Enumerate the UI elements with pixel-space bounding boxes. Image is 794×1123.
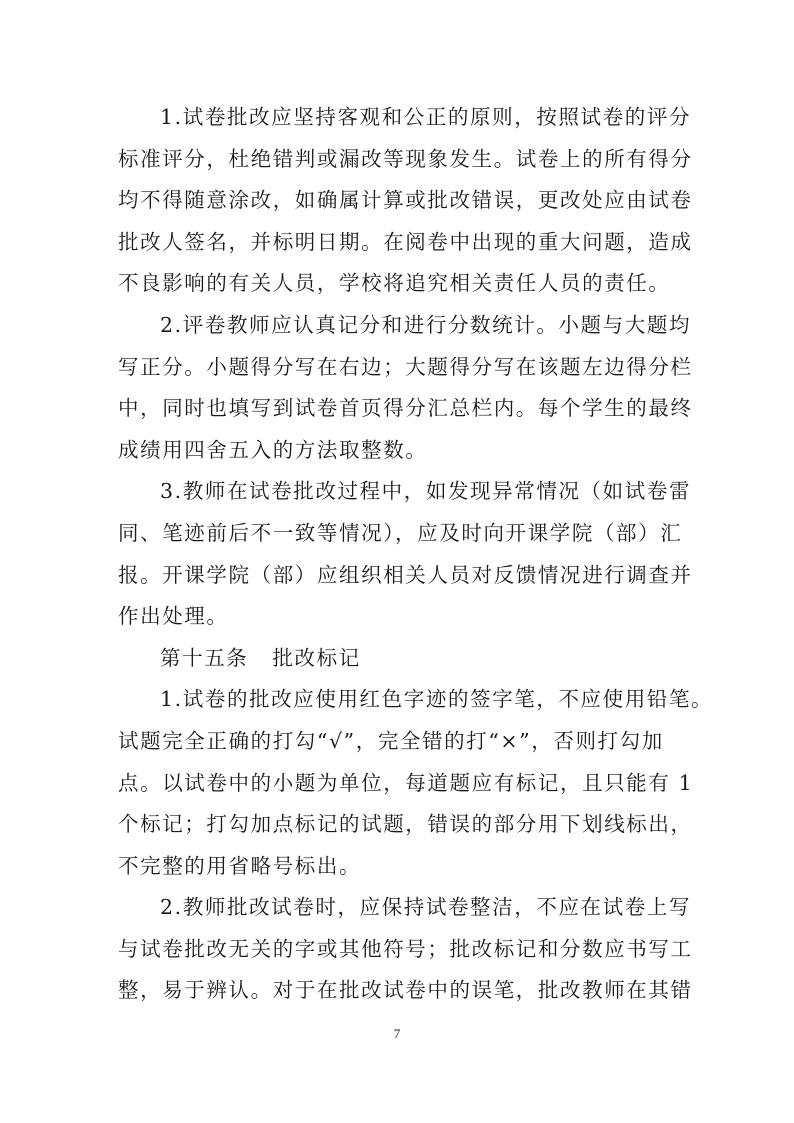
paragraph-line: 3.教师在试卷批改过程中，如发现异常情况（如试卷雷: [118, 471, 684, 513]
paragraph-line: 写正分。小题得分写在右边；大题得分写在该题左边得分栏: [118, 347, 684, 389]
paragraph-line: 批改人签名，并标明日期。在阅卷中出现的重大问题，造成: [118, 222, 684, 264]
paragraph-line: 个标记；打勾加点标记的试题，错误的部分用下划线标出，: [118, 804, 684, 846]
article-title: 批改标记: [272, 646, 360, 670]
paragraph-line: 与试卷批改无关的字或其他符号；批改标记和分数应书写工: [118, 929, 684, 971]
section-heading: 第十五条批改标记: [118, 638, 684, 680]
paragraph-line: 1.试卷批改应坚持客观和公正的原则，按照试卷的评分: [118, 97, 684, 139]
document-body: 1.试卷批改应坚持客观和公正的原则，按照试卷的评分 标准评分，杜绝错判或漏改等现…: [118, 97, 684, 1012]
paragraph-line: 同、笔迹前后不一致等情况），应及时向开课学院（部）汇: [118, 513, 684, 555]
paragraph-line: 整，易于辨认。对于在批改试卷中的误笔，批改教师在其错: [118, 970, 684, 1012]
paragraph-line: 1.试卷的批改应使用红色字迹的签字笔，不应使用铅笔。: [118, 679, 684, 721]
paragraph-line: 点。以试卷中的小题为单位，每道题应有标记，且只能有 1: [118, 763, 684, 805]
paragraph-line: 2.评卷教师应认真记分和进行分数统计。小题与大题均: [118, 305, 684, 347]
paragraph-line: 作出处理。: [118, 596, 684, 638]
article-number: 第十五条: [160, 646, 248, 670]
paragraph-line: 不完整的用省略号标出。: [118, 846, 684, 888]
paragraph-line: 报。开课学院（部）应组织相关人员对反馈情况进行调查并: [118, 555, 684, 597]
paragraph-line: 中，同时也填写到试卷首页得分汇总栏内。每个学生的最终: [118, 388, 684, 430]
paragraph-line: 均不得随意涂改，如确属计算或批改错误，更改处应由试卷: [118, 180, 684, 222]
paragraph-line: 试题完全正确的打勾“√”，完全错的打“×”，否则打勾加: [118, 721, 684, 763]
paragraph-line: 2.教师批改试卷时，应保持试卷整洁，不应在试卷上写: [118, 887, 684, 929]
paragraph-line: 成绩用四舍五入的方法取整数。: [118, 430, 684, 472]
paragraph-line: 标准评分，杜绝错判或漏改等现象发生。试卷上的所有得分: [118, 139, 684, 181]
page-number: 7: [0, 1026, 794, 1042]
paragraph-line: 不良影响的有关人员，学校将追究相关责任人员的责任。: [118, 263, 684, 305]
